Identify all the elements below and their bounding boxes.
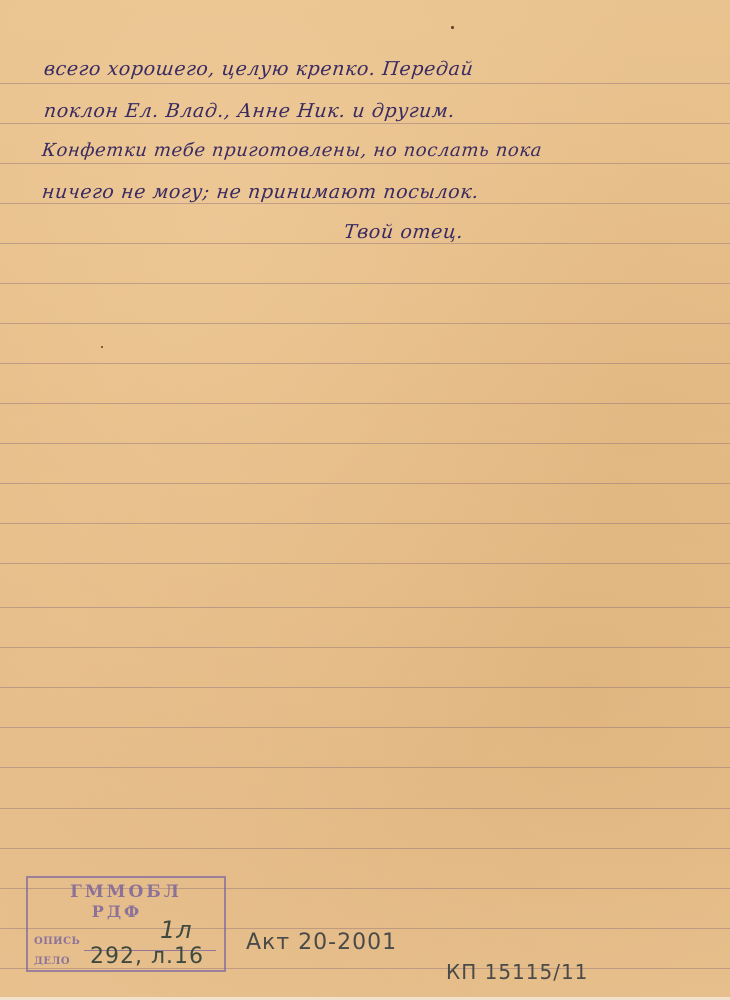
ruled-line: [0, 767, 730, 768]
inventory-number-annotation: КП 15115/11: [446, 960, 588, 984]
ruled-line: [0, 727, 730, 728]
ruled-line: [0, 563, 730, 564]
ruled-line: [0, 523, 730, 524]
ruled-line: [0, 403, 730, 404]
ruled-line: [0, 647, 730, 648]
ruled-line: [0, 848, 730, 849]
stamp-title: ГММОБЛ: [28, 882, 224, 902]
letter-line-2: поклон Ел. Влад., Анне Ник. и другим.: [43, 100, 456, 122]
stamp-delo-value: 292, л.16: [90, 944, 204, 969]
ruled-line: [0, 243, 730, 244]
stamp-opis-label: ОПИСЬ: [34, 936, 80, 947]
ruled-line: [0, 203, 730, 204]
ruled-line: [0, 83, 730, 84]
letter-line-3: Конфетки тебе приготовлены, но послать п…: [41, 140, 543, 161]
act-number-annotation: Акт 20-2001: [246, 930, 397, 955]
ruled-line: [0, 443, 730, 444]
ruled-line: [0, 687, 730, 688]
ruled-line: [0, 163, 730, 164]
stamp-opis-value: 1л: [160, 916, 193, 944]
letter-line-1: всего хорошего, целую крепко. Передай: [43, 58, 475, 80]
ruled-line: [0, 123, 730, 124]
paper-speck: [451, 26, 454, 29]
ruled-line: [0, 607, 730, 608]
ruled-line: [0, 483, 730, 484]
ruled-line: [0, 283, 730, 284]
paper-speck: [101, 346, 103, 348]
letter-line-4: ничего не могу; не принимают посылок.: [41, 181, 480, 203]
ruled-line: [0, 808, 730, 809]
letter-page: всего хорошего, целую крепко. Передай по…: [0, 0, 730, 1000]
archive-stamp: ГММОБЛ РДФ ОПИСЬ ДЕЛО 1л 292, л.16: [26, 876, 226, 972]
stamp-delo-label: ДЕЛО: [34, 956, 70, 967]
stamp-subtitle: РДФ: [28, 902, 224, 921]
letter-signature: Твой отец.: [343, 221, 465, 243]
ruled-line: [0, 323, 730, 324]
ruled-line: [0, 363, 730, 364]
